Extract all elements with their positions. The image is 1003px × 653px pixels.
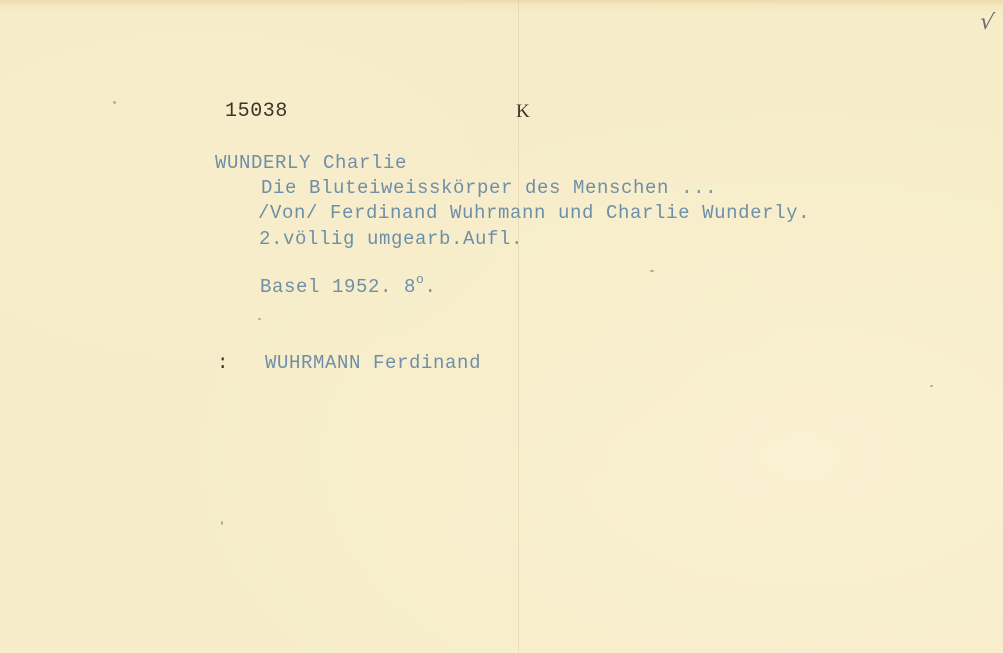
author-heading: WUNDERLY Charlie bbox=[215, 152, 407, 174]
title-statement: Die Bluteiweisskörper des Menschen ... bbox=[261, 177, 717, 199]
imprint-place-year: Basel 1952. 8 bbox=[260, 276, 416, 298]
imprint-trailing: . bbox=[424, 276, 436, 298]
responsibility-statement: /Von/ Ferdinand Wuhrmann und Charlie Wun… bbox=[258, 202, 810, 224]
check-mark-icon: √ bbox=[978, 9, 995, 36]
paper-speck bbox=[258, 318, 261, 320]
call-number: 15038 bbox=[225, 101, 288, 123]
edition-statement: 2.völlig umgearb.Aufl. bbox=[259, 228, 523, 250]
added-entry-name: WUHRMANN Ferdinand bbox=[265, 352, 481, 374]
added-entry-marker: : bbox=[217, 352, 229, 374]
card-crease bbox=[518, 0, 519, 653]
paper-speck bbox=[650, 270, 654, 272]
imprint-statement: Basel 1952. 8o. bbox=[260, 276, 436, 300]
added-entry: : WUHRMANN Ferdinand bbox=[217, 352, 481, 374]
paper-speck bbox=[113, 101, 116, 104]
paper-speck bbox=[221, 521, 223, 525]
format-superscript: o bbox=[416, 272, 424, 287]
location-code: K bbox=[516, 101, 530, 123]
paper-speck bbox=[930, 385, 933, 387]
catalog-card: 15038 K WUNDERLY Charlie Die Bluteiweiss… bbox=[0, 0, 1003, 653]
